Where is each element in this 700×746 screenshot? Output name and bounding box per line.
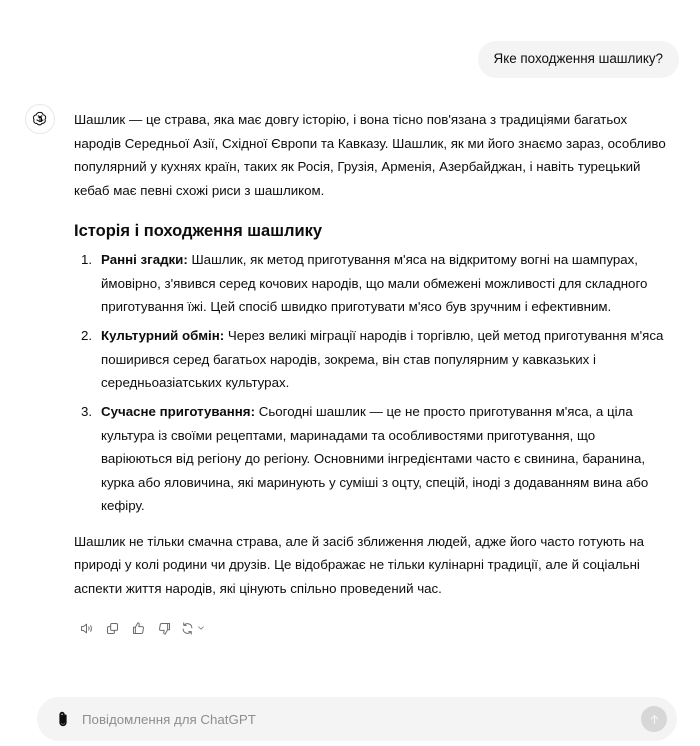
list-item: 1. Ранні згадки: Шашлик, як метод пригот… bbox=[74, 248, 670, 319]
list-item-title: Культурний обмін bbox=[101, 328, 220, 343]
user-message-row: Яке походження шашлику? bbox=[478, 41, 679, 78]
regenerate-button[interactable] bbox=[177, 618, 209, 638]
message-input[interactable] bbox=[82, 712, 641, 727]
history-list: 1. Ранні згадки: Шашлик, як метод пригот… bbox=[74, 248, 670, 518]
send-button[interactable] bbox=[641, 706, 667, 732]
openai-logo-icon bbox=[25, 104, 55, 134]
list-item-title: Ранні згадки bbox=[101, 252, 183, 267]
list-item-text: Сьогодні шашлик — це не просто приготува… bbox=[101, 404, 648, 513]
chevron-down-icon bbox=[196, 623, 206, 633]
regenerate-icon bbox=[180, 621, 195, 636]
thumbs-up-button[interactable] bbox=[125, 618, 151, 638]
read-aloud-button[interactable] bbox=[73, 618, 99, 638]
list-number: 3. bbox=[81, 400, 92, 424]
list-item: 3. Сучасне приготування: Сьогодні шашлик… bbox=[74, 400, 670, 518]
chat-page: Яке походження шашлику? Шашлик — це стра… bbox=[0, 0, 700, 746]
intro-paragraph: Шашлик — це страва, яка має довгу історі… bbox=[74, 108, 670, 202]
list-number: 2. bbox=[81, 324, 92, 348]
closing-paragraph: Шашлик не тільки смачна страва, але й за… bbox=[74, 530, 670, 601]
assistant-message: Шашлик — це страва, яка має довгу історі… bbox=[74, 108, 670, 600]
message-composer bbox=[37, 697, 677, 741]
message-actions bbox=[73, 618, 209, 638]
list-item-title: Сучасне приготування bbox=[101, 404, 251, 419]
read-aloud-icon bbox=[79, 621, 94, 636]
paperclip-icon bbox=[55, 710, 71, 728]
list-number: 1. bbox=[81, 248, 92, 272]
arrow-up-icon bbox=[648, 713, 661, 726]
thumbs-up-icon bbox=[131, 621, 146, 636]
user-message-bubble: Яке походження шашлику? bbox=[478, 41, 679, 78]
thumbs-down-button[interactable] bbox=[151, 618, 177, 638]
thumbs-down-icon bbox=[157, 621, 172, 636]
attach-button[interactable] bbox=[53, 709, 73, 729]
copy-button[interactable] bbox=[99, 618, 125, 638]
list-item: 2. Культурний обмін: Через великі міграц… bbox=[74, 324, 670, 395]
section-heading: Історія і походження шашлику bbox=[74, 219, 670, 243]
copy-icon bbox=[105, 621, 120, 636]
